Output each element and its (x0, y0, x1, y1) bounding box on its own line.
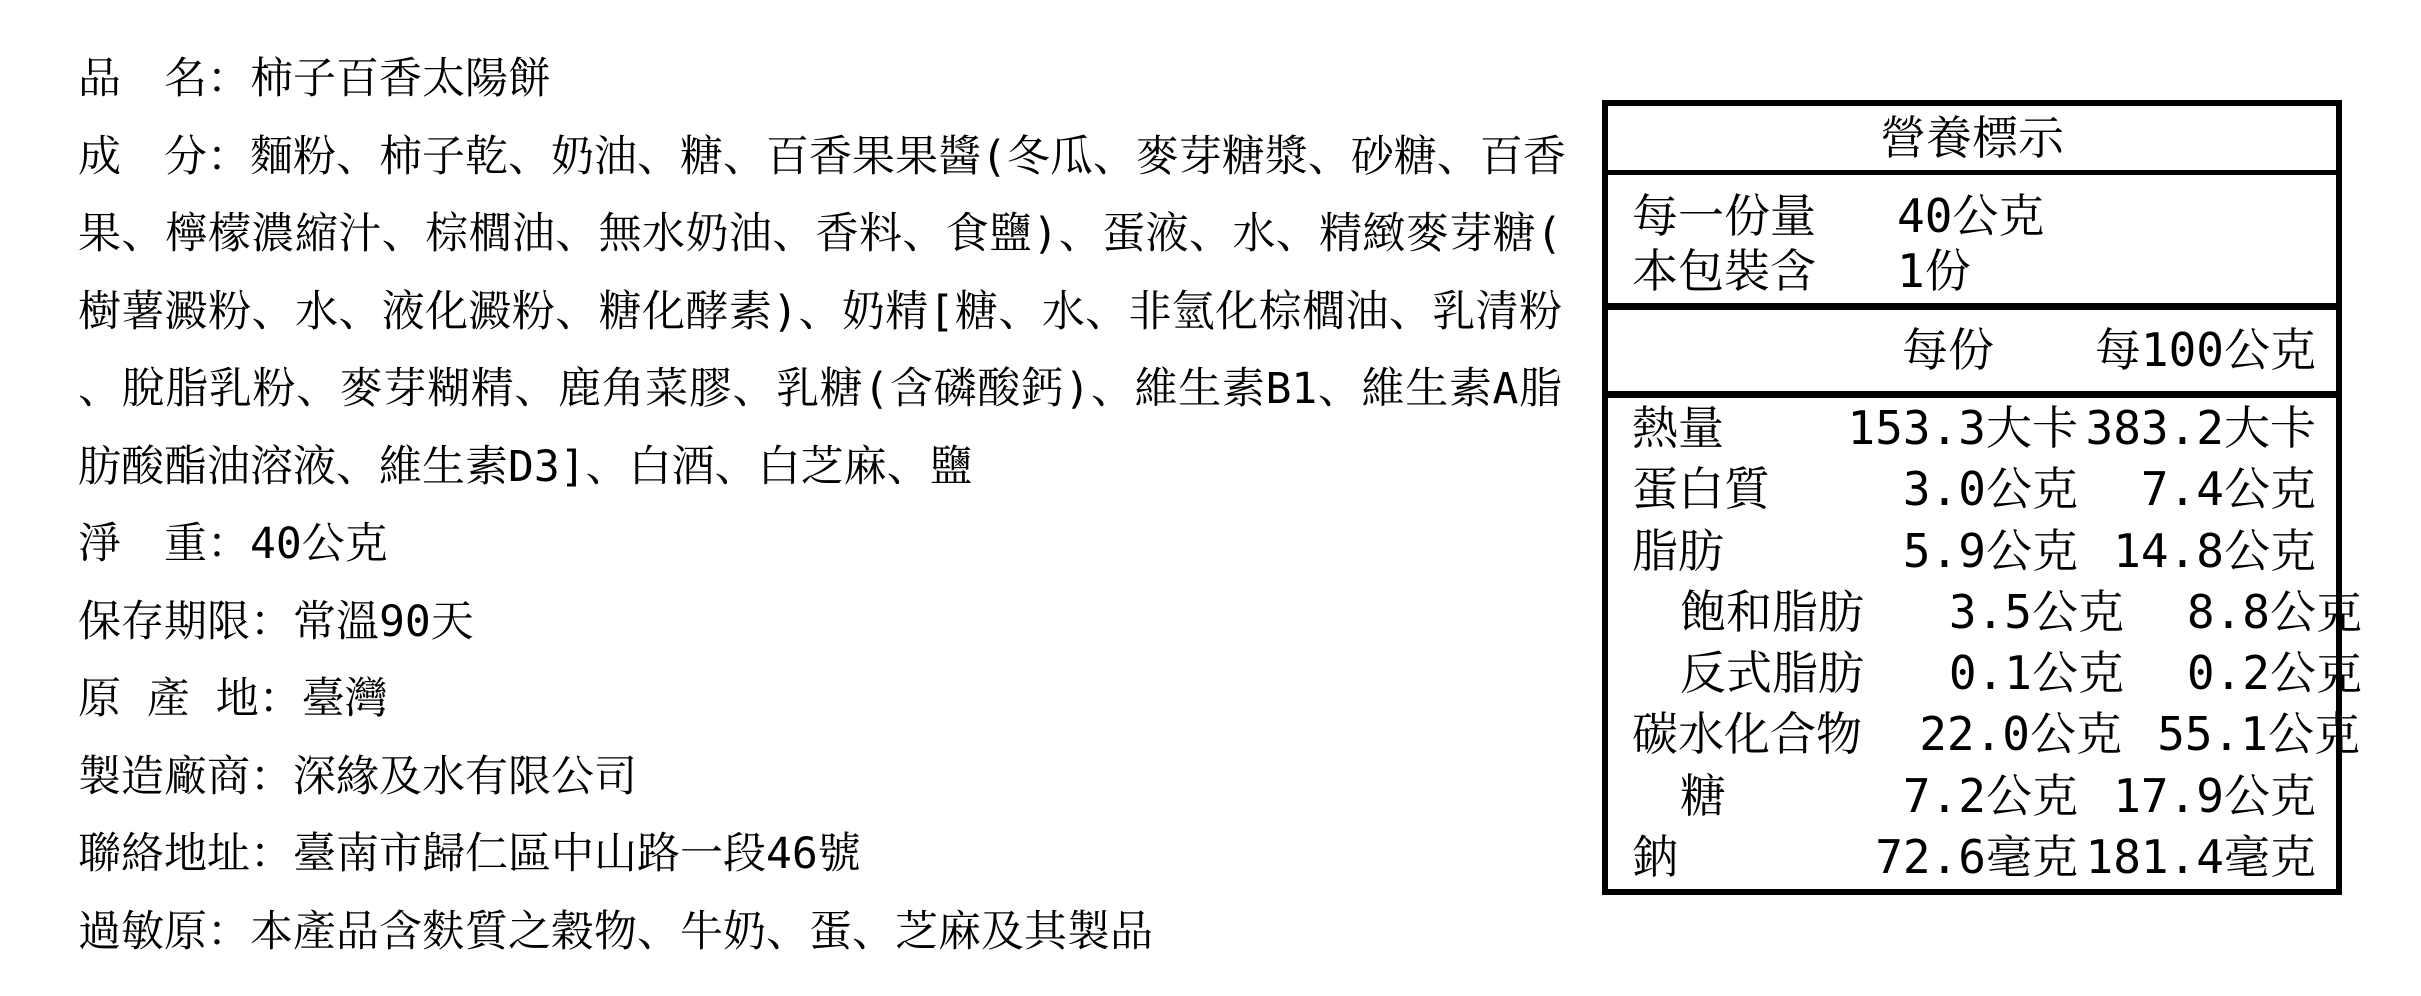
nutrient-per-100g: 8.8公克 (2124, 582, 2362, 643)
serving-info-section: 每一份量 40公克 本包裝含 1份 (1608, 175, 2336, 310)
ingredients-line-3: 樹薯澱粉、水、液化澱粉、糖化酵素)、奶精[糖、水、非氫化棕櫚油、乳清粉 (78, 274, 1562, 352)
serving-size-value: 40公克 (1897, 189, 2044, 244)
shelf-life-line: 保存期限：常溫90天 (78, 584, 1562, 662)
nutrition-table-title: 營養標示 (1608, 106, 2336, 175)
nutrient-label: 碳水化合物 (1632, 704, 1862, 765)
origin-line: 原 產 地：臺灣 (78, 661, 1562, 739)
nutrient-label: 蛋白質 (1632, 459, 1818, 520)
serving-size-label: 每一份量 (1632, 189, 1897, 244)
nutrient-per-serving: 0.1公克 (1864, 643, 2124, 704)
nutrient-per-100g: 55.1公克 (2122, 704, 2360, 765)
per-serving-header: 每份 (1818, 310, 2078, 391)
nutrient-per-serving: 5.9公克 (1818, 521, 2078, 582)
nutrient-row-sodium: 鈉 72.6毫克 181.4毫克 (1608, 827, 2336, 888)
ingredients-line-5: 肪酸酯油溶液、維生素D3]、白酒、白芝麻、鹽 (78, 429, 1562, 507)
nutrient-row-saturated-fat: 飽和脂肪 3.5公克 8.8公克 (1608, 582, 2336, 643)
net-weight-line: 淨 重：40公克 (78, 506, 1562, 584)
nutrient-label: 糖 (1632, 766, 1818, 827)
ingredients-line-4: 、脫脂乳粉、麥芽糊精、鹿角菜膠、乳糖(含磷酸鈣)、維生素B1、維生素A脂 (78, 351, 1562, 429)
per-100g-header: 每100公克 (2078, 310, 2316, 391)
nutrient-per-serving: 3.0公克 (1818, 459, 2078, 520)
nutrient-row-sugar: 糖 7.2公克 17.9公克 (1608, 766, 2336, 827)
address-line: 聯絡地址：臺南市歸仁區中山路一段46號 (78, 816, 1562, 894)
nutrient-row-fat: 脂肪 5.9公克 14.8公克 (1608, 521, 2336, 582)
manufacturer-line: 製造廠商：深緣及水有限公司 (78, 739, 1562, 817)
nutrient-label: 熱量 (1632, 398, 1818, 459)
nutrient-label: 飽和脂肪 (1632, 582, 1864, 643)
product-info-block: 品 名：柿子百香太陽餅 成 分：麵粉、柿子乾、奶油、糖、百香果果醬(冬瓜、麥芽糖… (78, 41, 1562, 971)
product-name-line: 品 名：柿子百香太陽餅 (78, 41, 1562, 119)
nutrient-per-100g: 17.9公克 (2078, 766, 2316, 827)
nutrient-label: 鈉 (1632, 827, 1818, 888)
nutrient-per-serving: 72.6毫克 (1818, 827, 2078, 888)
nutrient-label: 反式脂肪 (1632, 643, 1864, 704)
nutrient-per-serving: 3.5公克 (1864, 582, 2124, 643)
ingredients-line-1: 成 分：麵粉、柿子乾、奶油、糖、百香果果醬(冬瓜、麥芽糖漿、砂糖、百香 (78, 119, 1562, 197)
nutrition-facts-table: 營養標示 每一份量 40公克 本包裝含 1份 每份 每100公克 熱量 153.… (1602, 100, 2342, 895)
nutrient-row-carbohydrate: 碳水化合物 22.0公克 55.1公克 (1608, 704, 2336, 765)
servings-per-package-label: 本包裝含 (1632, 244, 1897, 299)
product-label-page: 品 名：柿子百香太陽餅 成 分：麵粉、柿子乾、奶油、糖、百香果果醬(冬瓜、麥芽糖… (0, 0, 2421, 996)
nutrient-per-100g: 0.2公克 (2124, 643, 2362, 704)
nutrient-per-100g: 383.2大卡 (2078, 398, 2316, 459)
nutrient-row-trans-fat: 反式脂肪 0.1公克 0.2公克 (1608, 643, 2336, 704)
nutrient-per-serving: 7.2公克 (1818, 766, 2078, 827)
ingredients-line-2: 果、檸檬濃縮汁、棕櫚油、無水奶油、香料、食鹽)、蛋液、水、精緻麥芽糖( (78, 196, 1562, 274)
servings-per-package-row: 本包裝含 1份 (1632, 244, 2336, 299)
nutrient-per-serving: 22.0公克 (1862, 704, 2122, 765)
nutrient-row-protein: 蛋白質 3.0公克 7.4公克 (1608, 459, 2336, 520)
serving-size-row: 每一份量 40公克 (1632, 189, 2336, 244)
nutrient-rows: 熱量 153.3大卡 383.2大卡 蛋白質 3.0公克 7.4公克 脂肪 5.… (1608, 398, 2336, 888)
nutrient-label: 脂肪 (1632, 521, 1818, 582)
column-header-spacer (1632, 310, 1818, 391)
nutrient-per-100g: 14.8公克 (2078, 521, 2316, 582)
nutrient-per-100g: 7.4公克 (2078, 459, 2316, 520)
nutrient-row-calories: 熱量 153.3大卡 383.2大卡 (1608, 398, 2336, 459)
nutrient-per-100g: 181.4毫克 (2078, 827, 2316, 888)
nutrient-per-serving: 153.3大卡 (1818, 398, 2078, 459)
allergen-line: 過敏原：本產品含麩質之穀物、牛奶、蛋、芝麻及其製品 (78, 894, 1562, 972)
column-header-row: 每份 每100公克 (1608, 310, 2336, 398)
servings-per-package-value: 1份 (1897, 244, 1971, 299)
